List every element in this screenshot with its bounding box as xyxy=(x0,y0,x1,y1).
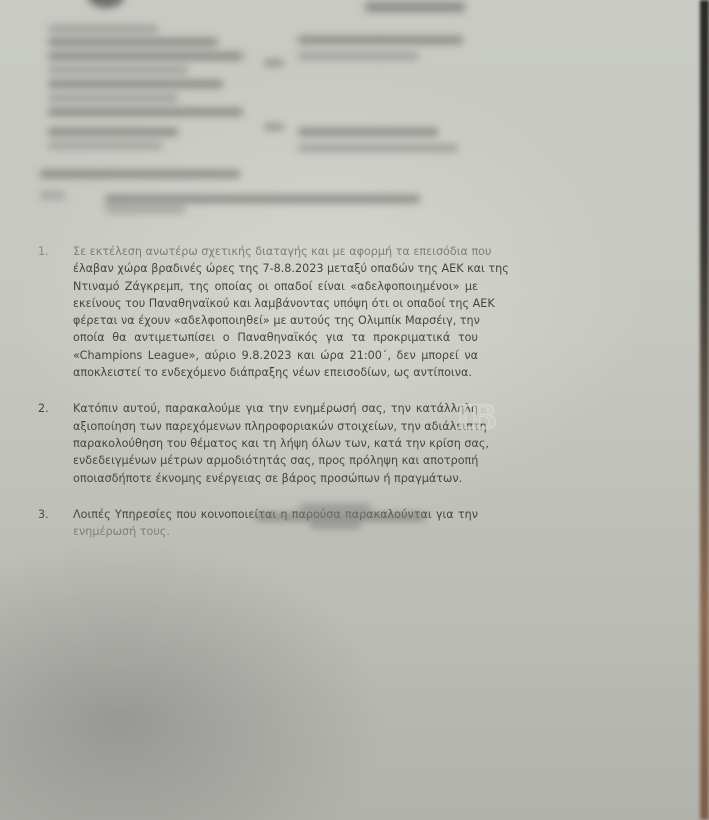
paragraph-line: οποιασδήποτε έκνομης ενέργειας σε βάρος … xyxy=(73,470,478,487)
redacted-header xyxy=(0,0,709,230)
paragraph-line: Ντιναμό Ζάγκρεμπ, της οποίας οι οπαδοί ε… xyxy=(73,278,478,295)
paragraph-number: 1. xyxy=(38,243,58,260)
paragraph-number: 3. xyxy=(38,506,58,523)
paragraph-line: Σε εκτέλεση ανωτέρω σχετικής διαταγής κα… xyxy=(73,243,478,260)
paragraph-line: Κατόπιν αυτού, παρακαλούμε για την ενημέ… xyxy=(73,400,478,417)
paragraph-1: 1. Σε εκτέλεση ανωτέρω σχετικής διαταγής… xyxy=(38,243,478,381)
emblem-icon xyxy=(88,0,124,8)
paragraph-line: φέρεται να έχουν «αδελφοποιηθεί» με αυτο… xyxy=(73,312,478,329)
paragraph-line: ενδεδειγμένων μέτρων αρμοδιότητάς σας, π… xyxy=(73,452,478,469)
paragraph-number: 2. xyxy=(38,400,58,417)
paragraph-line: εκείνους του Παναθηναϊκού και λαμβάνοντα… xyxy=(73,295,478,312)
paragraph-line: οποία θα αντιμετωπίσει ο Παναθηναϊκός γι… xyxy=(73,329,478,346)
paragraph-line: αξιοποίηση των παρεχόμενων πληροφοριακών… xyxy=(73,418,478,435)
paragraph-2: 2. Κατόπιν αυτού, παρακαλούμε για την εν… xyxy=(38,400,478,486)
paragraph-line: έλαβαν χώρα βραδινές ώρες της 7-8.8.2023… xyxy=(73,260,478,277)
paragraph-line: αποκλειστεί το ενδεχόμενο διάπραξης νέων… xyxy=(73,364,478,381)
paragraph-line: «Champions League», αύριο 9.8.2023 και ώ… xyxy=(73,347,478,364)
redacted-signature xyxy=(255,505,425,529)
watermark-logo: IB xyxy=(455,398,496,438)
paragraph-line: παρακολούθηση του θέματος και τη λήψη όλ… xyxy=(73,435,478,452)
